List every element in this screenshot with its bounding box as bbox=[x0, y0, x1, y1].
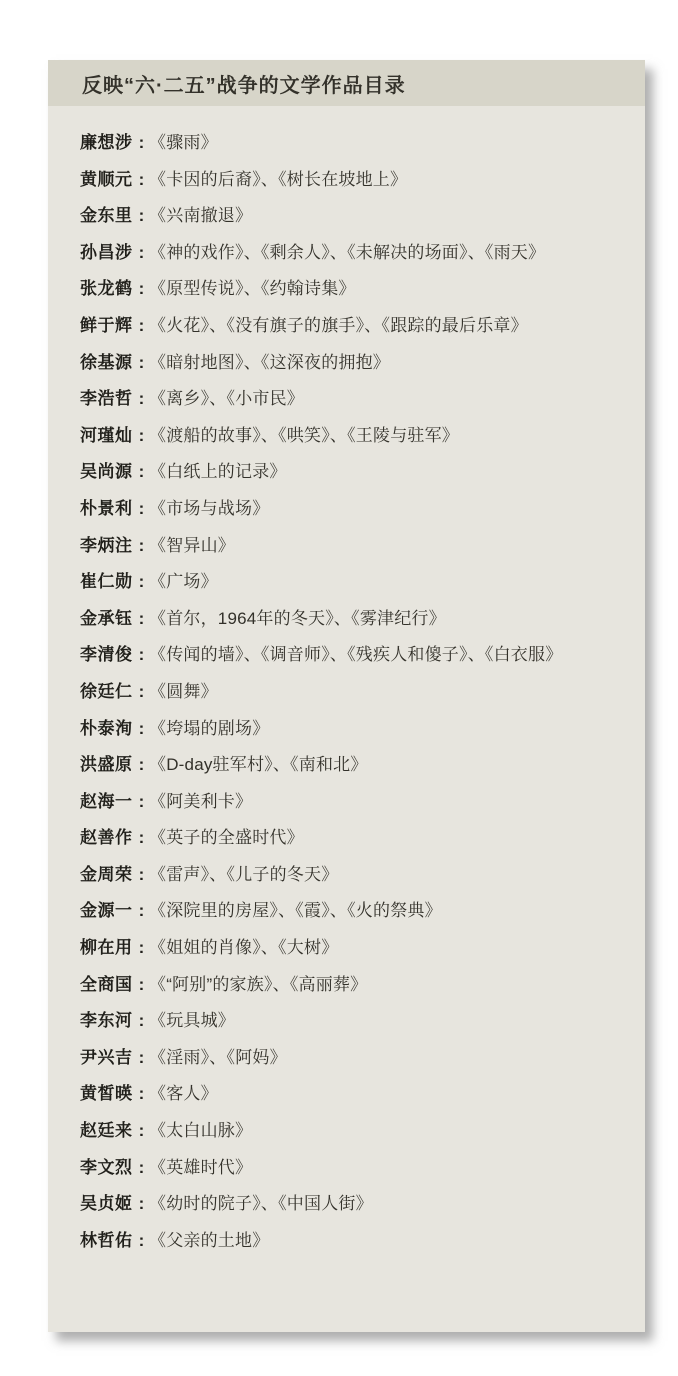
bibliography-entry: 李浩哲:《离乡》、《小市民》 bbox=[80, 381, 607, 418]
bibliography-entry: 孙昌涉:《神的戏作》、《剩余人》、《未解决的场面》、《雨天》 bbox=[80, 235, 607, 272]
bibliography-entry: 赵海一:《阿美利卡》 bbox=[80, 784, 607, 821]
page-title: 反映“六·二五”战争的文学作品目录 bbox=[82, 69, 406, 98]
author-name: 尹兴吉 bbox=[80, 1040, 134, 1077]
author-name: 黄顺元 bbox=[80, 162, 134, 199]
bibliography-entry: 李炳注:《智异山》 bbox=[80, 528, 607, 565]
book-page: 反映“六·二五”战争的文学作品目录 廉想涉:《骤雨》 黄顺元:《卡因的后裔》、《… bbox=[0, 0, 678, 1376]
author-name: 洪盛原 bbox=[80, 747, 134, 784]
bibliography-entry: 金承钰:《首尔，1964年的冬天》、《雾津纪行》 bbox=[80, 601, 607, 638]
bibliography-entry: 李文烈:《英雄时代》 bbox=[80, 1150, 607, 1187]
author-name: 赵廷来 bbox=[80, 1113, 134, 1150]
author-name: 朴泰洵 bbox=[80, 711, 134, 748]
bibliography-entry: 洪盛原:《D-day驻军村》、《南和北》 bbox=[80, 747, 607, 784]
colon-separator: : bbox=[134, 1186, 149, 1223]
author-name: 赵海一 bbox=[80, 784, 134, 821]
colon-separator: : bbox=[134, 930, 149, 967]
works-list: 《客人》 bbox=[149, 1076, 607, 1113]
author-name: 金周荣 bbox=[80, 857, 134, 894]
author-name: 李炳注 bbox=[80, 528, 134, 565]
works-list: 《市场与战场》 bbox=[149, 491, 607, 528]
colon-separator: : bbox=[134, 198, 149, 235]
colon-separator: : bbox=[134, 1040, 149, 1077]
author-name: 金源一 bbox=[80, 893, 134, 930]
colon-separator: : bbox=[134, 747, 149, 784]
colon-separator: : bbox=[134, 1076, 149, 1113]
works-list: 《雷声》、《儿子的冬天》 bbox=[149, 857, 607, 894]
author-name: 黄皙暎 bbox=[80, 1076, 134, 1113]
works-list: 《首尔，1964年的冬天》、《雾津纪行》 bbox=[149, 601, 607, 638]
bibliography-entry: 黄皙暎:《客人》 bbox=[80, 1076, 607, 1113]
works-list: 《幼时的院子》、《中国人街》 bbox=[149, 1186, 607, 1223]
works-list: 《传闻的墙》、《调音师》、《残疾人和傻子》、《白衣服》 bbox=[149, 637, 607, 674]
works-list: 《太白山脉》 bbox=[149, 1113, 607, 1150]
author-name: 李文烈 bbox=[80, 1150, 134, 1187]
author-name: 金承钰 bbox=[80, 601, 134, 638]
colon-separator: : bbox=[134, 1223, 149, 1260]
bibliography-entry: 全商国:《“阿别”的家族》、《高丽葬》 bbox=[80, 967, 607, 1004]
author-name: 鲜于辉 bbox=[80, 308, 134, 345]
colon-separator: : bbox=[134, 345, 149, 382]
author-name: 吴尚源 bbox=[80, 454, 134, 491]
works-list: 《深院里的房屋》、《霞》、《火的祭典》 bbox=[149, 893, 607, 930]
bibliography-entry: 张龙鹤:《原型传说》、《约翰诗集》 bbox=[80, 271, 607, 308]
bibliography-entry: 赵善作:《英子的全盛时代》 bbox=[80, 820, 607, 857]
author-name: 朴景利 bbox=[80, 491, 134, 528]
works-list: 《淫雨》、《阿妈》 bbox=[149, 1040, 607, 1077]
works-list: 《英雄时代》 bbox=[149, 1150, 607, 1187]
colon-separator: : bbox=[134, 711, 149, 748]
colon-separator: : bbox=[134, 601, 149, 638]
bibliography-entry: 金周荣:《雷声》、《儿子的冬天》 bbox=[80, 857, 607, 894]
colon-separator: : bbox=[134, 784, 149, 821]
author-name: 柳在用 bbox=[80, 930, 134, 967]
colon-separator: : bbox=[134, 418, 149, 455]
bibliography-entry: 李东河:《玩具城》 bbox=[80, 1003, 607, 1040]
colon-separator: : bbox=[134, 1150, 149, 1187]
bibliography-entry: 金东里:《兴南撤退》 bbox=[80, 198, 607, 235]
bibliography-entry: 金源一:《深院里的房屋》、《霞》、《火的祭典》 bbox=[80, 893, 607, 930]
works-list: 《火花》、《没有旗子的旗手》、《跟踪的最后乐章》 bbox=[149, 308, 607, 345]
title-band: 反映“六·二五”战争的文学作品目录 bbox=[48, 60, 645, 106]
bibliography-entry: 李清俊:《传闻的墙》、《调音师》、《残疾人和傻子》、《白衣服》 bbox=[80, 637, 607, 674]
author-name: 河瑾灿 bbox=[80, 418, 134, 455]
bibliography-entry: 黄顺元:《卡因的后裔》、《树长在坡地上》 bbox=[80, 162, 607, 199]
colon-separator: : bbox=[134, 637, 149, 674]
colon-separator: : bbox=[134, 674, 149, 711]
works-list: 《原型传说》、《约翰诗集》 bbox=[149, 271, 607, 308]
colon-separator: : bbox=[134, 235, 149, 272]
bibliography-entry: 河瑾灿:《渡船的故事》、《哄笑》、《王陵与驻军》 bbox=[80, 418, 607, 455]
author-name: 林哲佑 bbox=[80, 1223, 134, 1260]
works-list: 《白纸上的记录》 bbox=[149, 454, 607, 491]
author-name: 吴贞姬 bbox=[80, 1186, 134, 1223]
works-list: 《神的戏作》、《剩余人》、《未解决的场面》、《雨天》 bbox=[149, 235, 607, 272]
works-list: 《姐姐的肖像》、《大树》 bbox=[149, 930, 607, 967]
works-list: 《垮塌的剧场》 bbox=[149, 711, 607, 748]
colon-separator: : bbox=[134, 491, 149, 528]
bibliography-panel: 反映“六·二五”战争的文学作品目录 廉想涉:《骤雨》 黄顺元:《卡因的后裔》、《… bbox=[48, 60, 645, 1332]
colon-separator: : bbox=[134, 308, 149, 345]
works-list: 《暗射地图》、《这深夜的拥抱》 bbox=[149, 345, 607, 382]
entries-list: 廉想涉:《骤雨》 黄顺元:《卡因的后裔》、《树长在坡地上》 金东里:《兴南撤退》… bbox=[48, 106, 645, 1279]
bibliography-entry: 尹兴吉:《淫雨》、《阿妈》 bbox=[80, 1040, 607, 1077]
bibliography-entry: 廉想涉:《骤雨》 bbox=[80, 125, 607, 162]
bibliography-entry: 朴景利:《市场与战场》 bbox=[80, 491, 607, 528]
colon-separator: : bbox=[134, 454, 149, 491]
works-list: 《离乡》、《小市民》 bbox=[149, 381, 607, 418]
author-name: 赵善作 bbox=[80, 820, 134, 857]
bibliography-entry: 鲜于辉:《火花》、《没有旗子的旗手》、《跟踪的最后乐章》 bbox=[80, 308, 607, 345]
bibliography-entry: 崔仁勋:《广场》 bbox=[80, 564, 607, 601]
colon-separator: : bbox=[134, 528, 149, 565]
colon-separator: : bbox=[134, 893, 149, 930]
bibliography-entry: 徐基源:《暗射地图》、《这深夜的拥抱》 bbox=[80, 345, 607, 382]
colon-separator: : bbox=[134, 820, 149, 857]
colon-separator: : bbox=[134, 857, 149, 894]
works-list: 《父亲的土地》 bbox=[149, 1223, 607, 1260]
works-list: 《智异山》 bbox=[149, 528, 607, 565]
author-name: 李清俊 bbox=[80, 637, 134, 674]
colon-separator: : bbox=[134, 564, 149, 601]
works-list: 《兴南撤退》 bbox=[149, 198, 607, 235]
works-list: 《“阿别”的家族》、《高丽葬》 bbox=[149, 967, 607, 1004]
bibliography-entry: 吴尚源:《白纸上的记录》 bbox=[80, 454, 607, 491]
colon-separator: : bbox=[134, 1113, 149, 1150]
author-name: 廉想涉 bbox=[80, 125, 134, 162]
colon-separator: : bbox=[134, 125, 149, 162]
colon-separator: : bbox=[134, 381, 149, 418]
author-name: 金东里 bbox=[80, 198, 134, 235]
colon-separator: : bbox=[134, 967, 149, 1004]
works-list: 《圆舞》 bbox=[149, 674, 607, 711]
bibliography-entry: 朴泰洵:《垮塌的剧场》 bbox=[80, 711, 607, 748]
works-list: 《D-day驻军村》、《南和北》 bbox=[149, 747, 607, 784]
works-list: 《渡船的故事》、《哄笑》、《王陵与驻军》 bbox=[149, 418, 607, 455]
colon-separator: : bbox=[134, 271, 149, 308]
bibliography-entry: 柳在用:《姐姐的肖像》、《大树》 bbox=[80, 930, 607, 967]
works-list: 《广场》 bbox=[149, 564, 607, 601]
works-list: 《卡因的后裔》、《树长在坡地上》 bbox=[149, 162, 607, 199]
colon-separator: : bbox=[134, 1003, 149, 1040]
bibliography-entry: 林哲佑:《父亲的土地》 bbox=[80, 1223, 607, 1260]
author-name: 李东河 bbox=[80, 1003, 134, 1040]
works-list: 《玩具城》 bbox=[149, 1003, 607, 1040]
bibliography-entry: 吴贞姬:《幼时的院子》、《中国人街》 bbox=[80, 1186, 607, 1223]
author-name: 李浩哲 bbox=[80, 381, 134, 418]
author-name: 全商国 bbox=[80, 967, 134, 1004]
author-name: 崔仁勋 bbox=[80, 564, 134, 601]
author-name: 徐廷仁 bbox=[80, 674, 134, 711]
colon-separator: : bbox=[134, 162, 149, 199]
bibliography-entry: 赵廷来:《太白山脉》 bbox=[80, 1113, 607, 1150]
works-list: 《阿美利卡》 bbox=[149, 784, 607, 821]
author-name: 徐基源 bbox=[80, 345, 134, 382]
bibliography-entry: 徐廷仁:《圆舞》 bbox=[80, 674, 607, 711]
author-name: 孙昌涉 bbox=[80, 235, 134, 272]
author-name: 张龙鹤 bbox=[80, 271, 134, 308]
works-list: 《英子的全盛时代》 bbox=[149, 820, 607, 857]
works-list: 《骤雨》 bbox=[149, 125, 607, 162]
